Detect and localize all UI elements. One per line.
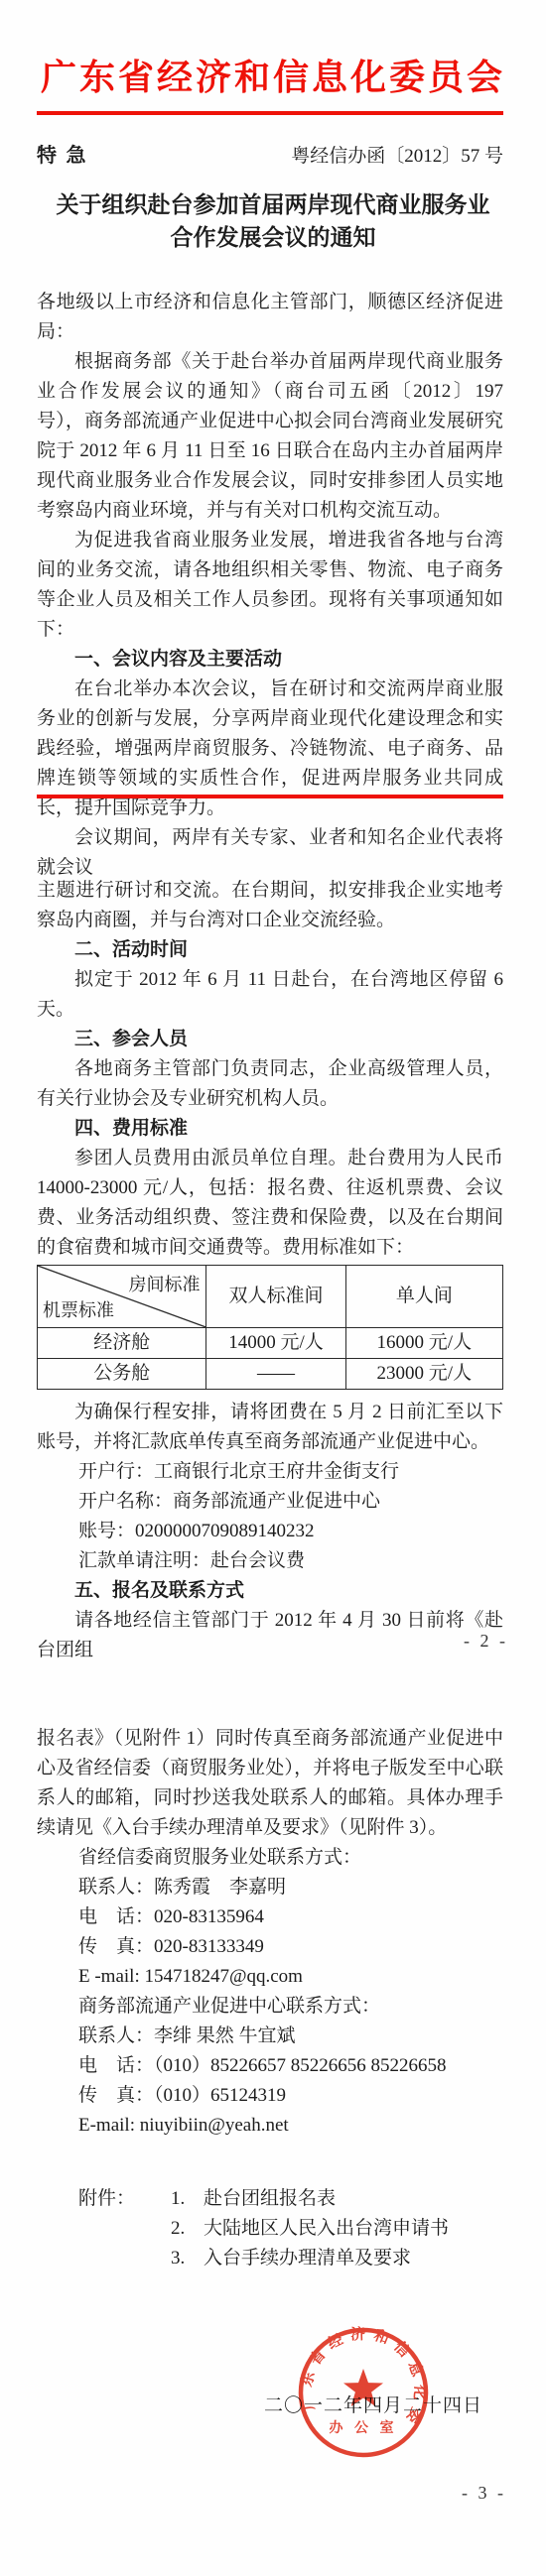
contact1-title: 省经信委商贸服务业处联系方式：	[37, 1843, 503, 1873]
document: 广东省经济和信息化委员会 特 急 粤经信办函〔2012〕57 号 关于组织赴台参…	[0, 0, 546, 2576]
attachment-number: 1.	[171, 2184, 204, 2214]
salutation: 各地级以上市经济和信息化主管部门，顺德区经济促进局：	[37, 288, 503, 347]
section-heading-1: 一、会议内容及主要活动	[37, 645, 503, 675]
table-cell: ——	[206, 1359, 345, 1390]
contact2-title: 商务部流通产业促进中心联系方式：	[37, 1992, 503, 2022]
paragraph: 会议期间，两岸有关专家、业者和知名企业代表将就会议	[37, 823, 503, 883]
corner-label-room: 房间标准	[128, 1270, 200, 1299]
paragraph: 报名表》（见附件 1）同时传真至商务部流通产业促进中心及省经信委（商贸服务业处）…	[37, 1724, 503, 1843]
document-number: 粤经信办函〔2012〕57 号	[291, 141, 503, 168]
section-heading-4: 四、费用标准	[37, 1114, 503, 1144]
page-number-3: - 3 -	[462, 2483, 506, 2504]
paragraph: 在台北举办本次会议，旨在研讨和交流两岸商业服务业的创新与发展，分享两岸商业现代化…	[37, 675, 503, 823]
table-corner-cell: 房间标准 机票标准	[38, 1266, 206, 1328]
document-title: 关于组织赴台参加首届两岸现代商业服务业 合作发展会议的通知	[0, 188, 546, 254]
meta-row: 特 急 粤经信办函〔2012〕57 号	[37, 139, 503, 168]
section-heading-5: 五、报名及联系方式	[37, 1576, 503, 1606]
contact2-email: E-mail: niuyibiin@yeah.net	[37, 2111, 503, 2141]
attachments-label: 附件：	[78, 2184, 171, 2214]
page-boundary-red-rule	[37, 795, 503, 798]
paragraph: 为确保行程安排，请将团费在 5 月 2 日前汇至以下账号，并将汇款底单传真至商务…	[37, 1398, 503, 1457]
official-seal: 广东省经济和信息化委员会 办 公 室	[294, 2323, 433, 2462]
fee-table: 房间标准 机票标准 双人标准间 单人间 经济舱 14000 元/人 16000 …	[37, 1265, 503, 1390]
paragraph: 参团人员费用由派员单位自理。赴台费用为人民币 14000-23000 元/人，包…	[37, 1144, 503, 1263]
page-number-2: - 2 -	[464, 1631, 508, 1652]
table-cell: 公务舱	[38, 1359, 206, 1390]
letterhead-org-name: 广东省经济和信息化委员会	[0, 50, 546, 100]
bank-account-number: 账号：0200000709089140232	[37, 1517, 503, 1546]
contact1-person: 联系人：陈秀霞 李嘉明	[37, 1873, 503, 1902]
seal-star-icon	[343, 2369, 383, 2406]
contact1-phone: 电 话：020-83135964	[37, 1902, 503, 1932]
paragraph: 为促进我省商业服务业发展，增进我省各地与台湾间的业务交流，请各地组织相关零售、物…	[37, 526, 503, 645]
urgency-label: 特 急	[37, 139, 88, 168]
attachment-number: 2.	[171, 2214, 204, 2244]
table-row: 公务舱 —— 23000 元/人	[38, 1359, 503, 1390]
contact2-fax: 传 真：（010）65124319	[37, 2081, 503, 2111]
attachment-title: 大陆地区人民入出台湾申请书	[204, 2214, 503, 2244]
table-row: 经济舱 14000 元/人 16000 元/人	[38, 1328, 503, 1359]
contact1-email: E -mail: 154718247@qq.com	[37, 1962, 503, 1992]
table-cell: 14000 元/人	[206, 1328, 345, 1359]
page-3-body: 报名表》（见附件 1）同时传真至商务部流通产业促进中心及省经信委（商贸服务业处）…	[37, 1724, 503, 2273]
paragraph: 请各地经信主管部门于 2012 年 4 月 30 日前将《赴台团组	[37, 1606, 503, 1665]
page-1-body: 各地级以上市经济和信息化主管部门，顺德区经济促进局： 根据商务部《关于赴台举办首…	[37, 288, 503, 883]
title-line-2: 合作发展会议的通知	[0, 221, 546, 254]
paragraph: 拟定于 2012 年 6 月 11 日赴台，在台湾地区停留 6 天。	[37, 965, 503, 1025]
corner-label-ticket: 机票标准	[43, 1295, 114, 1325]
attachment-number: 3.	[171, 2244, 204, 2273]
table-cell: 16000 元/人	[345, 1328, 502, 1359]
paragraph: 根据商务部《关于赴台举办首届两岸现代商业服务业合作发展会议的通知》（商台司五函〔…	[37, 347, 503, 526]
contact2-phone: 电 话：（010）85226657 85226656 85226658	[37, 2051, 503, 2081]
bank-remit-note: 汇款单请注明：赴台会议费	[37, 1546, 503, 1576]
seal-office-text: 办 公 室	[330, 2419, 398, 2436]
table-cell: 23000 元/人	[345, 1359, 502, 1390]
attachments-list: 附件： 1. 赴台团组报名表 2. 大陆地区人民入出台湾申请书 3. 入台手续办…	[37, 2184, 503, 2273]
page-2-body: 主题进行研讨和交流。在台期间，拟安排我企业实地考察岛内商圈，并与台湾对口企业交流…	[37, 876, 503, 1665]
contact1-fax: 传 真：020-83133349	[37, 1932, 503, 1962]
contact2-person: 联系人：李绯 果然 牛宜斌	[37, 2022, 503, 2051]
paragraph: 各地商务主管部门负责同志，企业高级管理人员，有关行业协会及专业研究机构人员。	[37, 1054, 503, 1114]
bank-name: 开户行：工商银行北京王府井金街支行	[37, 1457, 503, 1487]
letterhead-red-rule	[37, 111, 503, 115]
table-column-header: 双人标准间	[206, 1266, 345, 1328]
paragraph: 主题进行研讨和交流。在台期间，拟安排我企业实地考察岛内商圈，并与台湾对口企业交流…	[37, 876, 503, 935]
title-line-1: 关于组织赴台参加首届两岸现代商业服务业	[0, 188, 546, 221]
table-cell: 经济舱	[38, 1328, 206, 1359]
attachment-title: 入台手续办理清单及要求	[204, 2244, 503, 2273]
table-column-header: 单人间	[345, 1266, 502, 1328]
section-heading-3: 三、参会人员	[37, 1025, 503, 1054]
attachment-title: 赴台团组报名表	[204, 2184, 503, 2214]
bank-account-name: 开户名称：商务部流通产业促进中心	[37, 1487, 503, 1517]
section-heading-2: 二、活动时间	[37, 935, 503, 965]
